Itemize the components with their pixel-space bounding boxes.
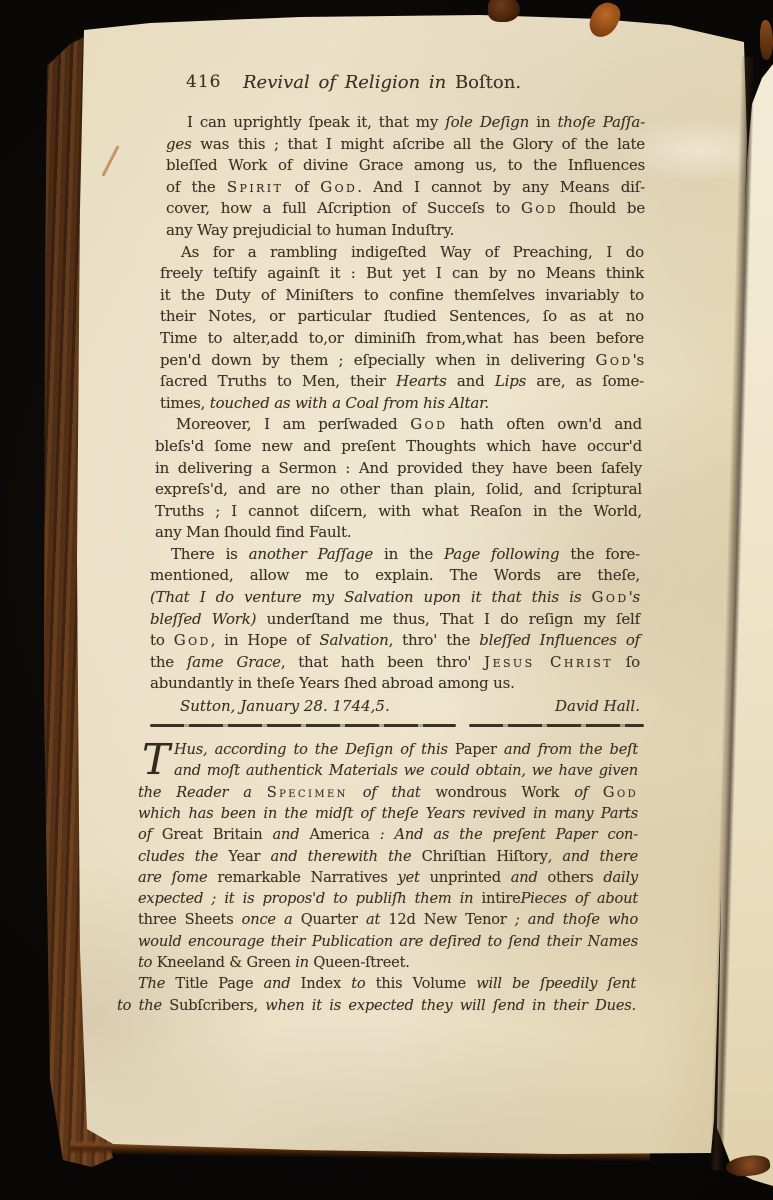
text-segment: Boſton. (455, 72, 521, 93)
text-segment: their Notes, or particular ſtudied Sente… (160, 307, 644, 325)
text-segment: Spirit (227, 178, 283, 196)
text-segment: of the (166, 178, 227, 196)
text-segment: are, as ſome- (526, 372, 644, 390)
text-segment: wondrous Work (435, 784, 559, 801)
text-segment: once a (242, 911, 301, 928)
text-segment: , in Hope of (211, 631, 320, 649)
text-segment: the Reader a (138, 784, 267, 801)
text-segment: Page following (444, 545, 559, 563)
text-segment: . And I cannot by any Means diſ- (357, 178, 645, 196)
text-segment: (That I do venture my Salvation upon it … (150, 588, 592, 606)
text-line: (That I do venture my Salvation upon it … (150, 587, 640, 609)
text-line: Moreover, I am perſwaded God hath often … (155, 414, 642, 436)
text-line: times, touched as with a Coal from his A… (160, 393, 644, 415)
text-segment: and (264, 975, 301, 992)
text-line: bleſſed Work of divine Grace among us, t… (166, 155, 645, 177)
text-segment: any Way prejudicial to human Induſtry. (166, 221, 454, 239)
text-segment: of (138, 826, 162, 843)
text-segment: mentioned, allow me to explain. The Word… (150, 566, 640, 584)
text-segment: are ſome (138, 869, 217, 886)
text-segment: God (410, 415, 447, 433)
drop-cap: T (142, 740, 170, 780)
text-segment: the fore- (559, 545, 640, 563)
text-line: to God, in Hope of Salvation, thro' the … (150, 630, 640, 652)
text-line: freely teſtify againſt it : But yet I ca… (160, 263, 644, 285)
text-line: cover, how a full Aſcription of Succeſs … (166, 198, 645, 220)
closing-notice-paragraph: THus, according to the Deſign of this Pa… (138, 739, 638, 973)
text-segment: God (592, 588, 629, 606)
text-segment: to the (117, 997, 169, 1014)
text-segment: thoſe Paſſa- (557, 113, 645, 131)
text-segment: daily (593, 869, 638, 886)
text-line: pen'd down by them ; eſpecially when in … (160, 350, 644, 372)
printed-matter: 416 Revival of Religion in Boſton. I can… (0, 0, 773, 1200)
text-segment: The (138, 975, 175, 992)
text-segment: ſacred Truths to Men, their (160, 372, 396, 390)
text-line: I can uprightly ſpeak it, that my ſole D… (166, 112, 645, 134)
running-header: 416 Revival of Religion in Boſton. (0, 72, 773, 98)
text-segment: ges (166, 135, 192, 153)
text-segment: freely teſtify againſt it : But yet I ca… (160, 264, 644, 282)
text-line: which has been in the midſt of theſe Yea… (138, 803, 638, 824)
text-segment: God (174, 631, 211, 649)
text-line: mentioned, allow me to explain. The Word… (150, 565, 640, 587)
text-line: any Man ſhould find Fault. (155, 522, 642, 544)
text-segment: As for a rambling indigeſted Way of Prea… (181, 243, 644, 261)
text-segment: Pieces of about (521, 890, 638, 907)
text-segment: ; and thoſe who (507, 911, 638, 928)
text-segment: unprinted (430, 869, 501, 886)
text-segment: cludes the (138, 848, 228, 865)
text-segment: the (150, 653, 187, 671)
text-line: ges was this ; that I might aſcribe all … (166, 134, 645, 156)
signature-line: Sutton, January 28. 1744,5.David Hall. (150, 695, 640, 717)
text-segment: in (529, 113, 557, 131)
text-segment: Revival of Religion in (243, 72, 455, 93)
rule-segment (150, 724, 456, 727)
text-segment: God (521, 199, 558, 217)
text-segment: others (548, 869, 594, 886)
text-line: and moſt authentick Materials we could o… (138, 760, 638, 781)
text-line: Hus, according to the Deſign of this Pap… (138, 739, 638, 760)
text-segment: remarkable Narratives (217, 869, 387, 886)
subscriber-notice-paragraph: The Title Page and Index to this Volume … (117, 973, 636, 1016)
text-segment: ſole Deſign (445, 113, 529, 131)
text-line: of the Spirit of God. And I cannot by an… (166, 177, 645, 199)
text-segment: of that (348, 784, 436, 801)
text-segment: ſo (613, 653, 640, 671)
text-segment: God (596, 351, 633, 369)
text-segment: Specimen (267, 784, 348, 801)
text-line: ſacred Truths to Men, their Hearts and L… (160, 371, 644, 393)
text-segment: in delivering a Sermon : And provided th… (155, 459, 642, 477)
text-segment: bleſſed Influences of (479, 631, 640, 649)
text-line: three Sheets once a Quarter at 12d New T… (138, 909, 638, 930)
text-segment: Year (228, 848, 260, 865)
text-segment: Title Page (175, 975, 263, 992)
text-line: would encourage their Publication are de… (138, 931, 638, 952)
text-line: cludes the Year and therewith the Chriſt… (138, 846, 638, 867)
text-segment: another Paſſage (249, 545, 373, 563)
text-segment: when it is expected they will ſend in th… (258, 997, 636, 1014)
text-segment: Moreover, I am perſwaded (176, 415, 410, 433)
text-segment: David Hall. (555, 697, 640, 715)
text-segment: in the (373, 545, 444, 563)
text-line: expreſs'd, and are no other than plain, … (155, 479, 642, 501)
text-line: As for a rambling indigeſted Way of Prea… (160, 242, 644, 264)
text-line: the ſame Grace, that hath been thro' Jes… (150, 652, 640, 674)
opening-paragraph-3: Moreover, I am perſwaded God hath often … (155, 414, 642, 544)
text-line: of Great Britain and America : And as th… (138, 824, 638, 845)
text-segment: at (358, 911, 389, 928)
text-line: expected ; it is propos'd to publiſh the… (138, 888, 638, 909)
text-segment: Hus, according to the Deſign of this (174, 741, 455, 758)
text-segment: to (138, 954, 157, 971)
text-segment: of (283, 178, 320, 196)
text-segment: will be ſpeedily ſent (466, 975, 636, 992)
body-text: I can uprightly ſpeak it, that my ſole D… (0, 112, 773, 1016)
text-line: bleſſed Work) underſtand me thus, That I… (150, 609, 640, 631)
text-segment: ſhould be (558, 199, 645, 217)
text-segment: Quarter (301, 911, 358, 928)
text-line: abundantly in theſe Years ſhed abroad am… (150, 673, 640, 695)
text-segment: and from the beſt (497, 741, 638, 758)
text-segment: in (291, 954, 314, 971)
text-line: Truths ; I cannot diſcern, with what Rea… (155, 501, 642, 523)
text-segment: and (262, 826, 309, 843)
text-line: their Notes, or particular ſtudied Sente… (160, 306, 644, 328)
running-title: Revival of Religion in Boſton. (243, 72, 521, 93)
text-segment: abundantly in theſe Years ſhed abroad am… (150, 674, 515, 692)
text-segment: Subſcribers, (169, 997, 258, 1014)
text-segment: and (501, 869, 548, 886)
text-line: the Reader a Specimen of that wondrous W… (138, 782, 638, 803)
opening-paragraph-1: I can uprightly ſpeak it, that my ſole D… (166, 112, 645, 242)
signature-name: David Hall. (555, 695, 640, 717)
text-segment: and (447, 372, 495, 390)
text-segment: and therewith the (260, 848, 421, 865)
text-line: The Title Page and Index to this Volume … (117, 973, 636, 994)
text-segment: America (309, 826, 369, 843)
rule-segment (469, 724, 644, 727)
text-segment: expreſs'd, and are no other than plain, … (155, 480, 642, 498)
text-segment: Time to alter,add to,or diminiſh from,wh… (160, 329, 644, 347)
text-segment: Chriſtian Hiſtory (422, 848, 548, 865)
text-segment: hath often own'd and (447, 415, 642, 433)
text-line: to the Subſcribers, when it is expected … (117, 995, 636, 1016)
text-segment: intire (482, 890, 521, 907)
text-segment: 12d New Tenor (388, 911, 506, 928)
text-segment: Hearts (396, 372, 447, 390)
text-segment: , that hath been thro' (281, 653, 484, 671)
text-segment: There is (171, 545, 249, 563)
text-segment: Sutton, January 28. 1744,5. (180, 697, 390, 715)
text-line: bleſs'd ſome new and preſent Thoughts wh… (155, 436, 642, 458)
text-line: Time to alter,add to,or diminiſh from,wh… (160, 328, 644, 350)
text-segment: underſtand me thus, That I do reſign my … (256, 610, 640, 628)
text-line: in delivering a Sermon : And provided th… (155, 458, 642, 480)
text-segment: God (320, 178, 357, 196)
text-segment: it the Duty of Miniſters to confine them… (160, 286, 644, 304)
text-segment: of (559, 784, 603, 801)
text-segment: bleſſed Work) (150, 610, 256, 628)
text-segment: Truths ; I cannot diſcern, with what Rea… (155, 502, 642, 520)
text-line: are ſome remarkable Narratives yet unpri… (138, 867, 638, 888)
text-segment: Index (301, 975, 352, 992)
section-rule (150, 723, 644, 728)
text-segment: 's (629, 588, 640, 606)
opening-paragraph-4: There is another Paſſage in the Page fol… (150, 544, 640, 695)
text-line: it the Duty of Miniſters to confine them… (160, 285, 644, 307)
book-photograph: 416 Revival of Religion in Boſton. I can… (0, 0, 773, 1200)
text-segment: expected ; it is propos'd to publiſh the… (138, 890, 482, 907)
text-segment: touched as with a Coal from his Altar. (210, 394, 489, 412)
text-segment: three Sheets (138, 911, 242, 928)
text-segment: , thro' the (389, 631, 480, 649)
signature-place-date: Sutton, January 28. 1744,5. (180, 695, 390, 717)
text-segment: would encourage their Publication are de… (138, 933, 638, 950)
page-number: 416 (186, 72, 221, 92)
text-segment: ſame Grace (187, 653, 281, 671)
text-line: There is another Paſſage in the Page fol… (150, 544, 640, 566)
text-segment: I can uprightly ſpeak it, that my (187, 113, 445, 131)
text-segment: , and there (548, 848, 638, 865)
text-segment: to (150, 631, 174, 649)
text-segment: yet (388, 869, 430, 886)
text-line: to Kneeland & Green in Queen-ſtreet. (138, 952, 638, 973)
text-segment: cover, how a full Aſcription of Succeſs … (166, 199, 521, 217)
text-segment: Lips (495, 372, 526, 390)
text-segment: Queen-ſtreet. (313, 954, 409, 971)
text-segment: God (603, 784, 638, 801)
text-segment: 's (633, 351, 644, 369)
text-segment: any Man ſhould find Fault. (155, 523, 351, 541)
text-segment: Paper (455, 741, 497, 758)
text-segment: to (351, 975, 376, 992)
text-segment: bleſſed Work of divine Grace among us, t… (166, 156, 645, 174)
text-segment: Salvation (319, 631, 388, 649)
text-segment: pen'd down by them ; eſpecially when in … (160, 351, 596, 369)
text-segment: was this ; that I might aſcribe all the … (192, 135, 645, 153)
text-segment: this Volume (376, 975, 466, 992)
text-segment: Great Britain (162, 826, 263, 843)
text-segment: Jesus Christ (484, 653, 613, 671)
opening-paragraph-2: As for a rambling indigeſted Way of Prea… (160, 242, 644, 415)
text-segment: bleſs'd ſome new and preſent Thoughts wh… (155, 437, 642, 455)
text-segment: which has been in the midſt of theſe Yea… (138, 805, 638, 822)
text-segment: : And as the preſent Paper con- (370, 826, 638, 843)
text-segment: and moſt authentick Materials we could o… (174, 762, 638, 779)
text-line: any Way prejudicial to human Induſtry. (166, 220, 645, 242)
text-segment: times, (160, 394, 210, 412)
text-segment: Kneeland & Green (157, 954, 291, 971)
